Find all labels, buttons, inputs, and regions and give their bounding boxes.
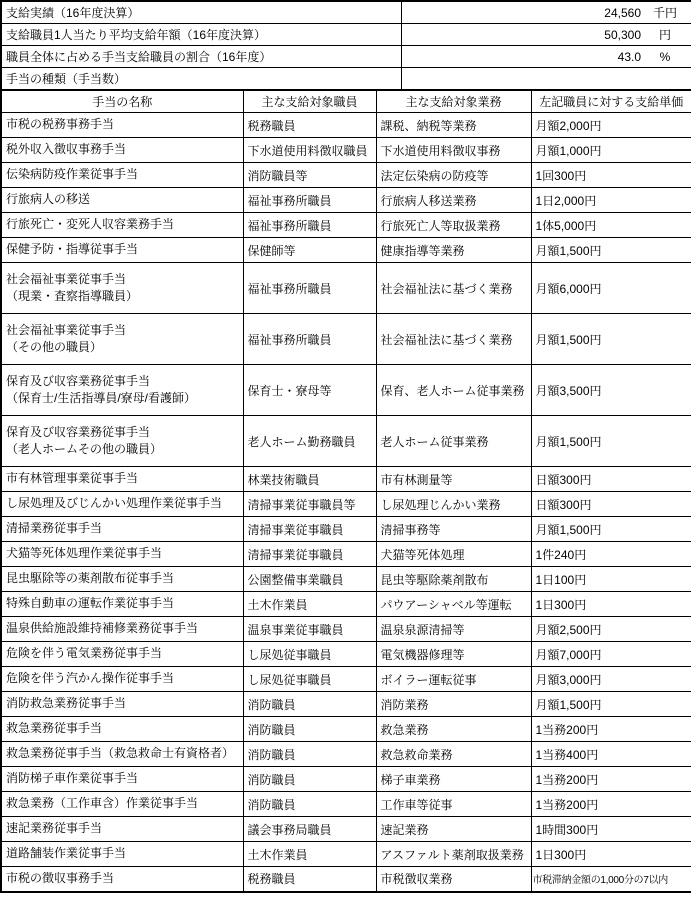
allowance-name-cell: 速記業務従事手当 xyxy=(1,817,243,842)
table-row: 速記業務従事手当議会事務局職員速記業務1時間300円 xyxy=(1,817,691,842)
table-row: 犬猫等死体処理作業従事手当清掃事業従事職員犬猫等死体処理1件240円 xyxy=(1,542,691,567)
target-staff-cell: 土木作業員 xyxy=(243,842,376,867)
table-row: し尿処理及びじんかい処理作業従事手当清掃事業従事職員等し尿処理じんかい業務日額3… xyxy=(1,492,691,517)
allowance-name-cell: 救急業務従事手当 xyxy=(1,717,243,742)
summary-label: 職員全体に占める手当支給職員の割合（16年度） xyxy=(1,46,401,68)
allowance-name-cell: 市税の税務事務手当 xyxy=(1,113,243,138)
summary-table: 支給実績（16年度決算）24,560千円支給職員1人当たり平均支給年額（16年度… xyxy=(0,0,691,91)
column-header: 手当の名称 xyxy=(1,90,243,113)
unit-price-cell: 1当務200円 xyxy=(531,767,691,792)
unit-price-cell: 月額3,000円 xyxy=(531,667,691,692)
target-work-cell: 救急業務 xyxy=(376,717,531,742)
target-staff-cell: 林業技術職員 xyxy=(243,467,376,492)
allowance-name-cell: 社会福祉事業従事手当 （その他の職員） xyxy=(1,314,243,365)
target-staff-cell: 消防職員 xyxy=(243,767,376,792)
allowance-name-cell: 保育及び収容業務従事手当 （老人ホームその他の職員） xyxy=(1,416,243,467)
unit-price-cell: 1日2,000円 xyxy=(531,188,691,213)
target-staff-cell: 保健師等 xyxy=(243,238,376,263)
unit-price-cell: 月額1,500円 xyxy=(531,517,691,542)
target-work-cell: 昆虫等駆除薬剤散布 xyxy=(376,567,531,592)
table-row: 伝染病防疫作業従事手当消防職員等法定伝染病の防疫等1回300円 xyxy=(1,163,691,188)
unit-price-cell: 1回300円 xyxy=(531,163,691,188)
allowance-name-cell: 清掃業務従事手当 xyxy=(1,517,243,542)
unit-price-cell: 月額3,500円 xyxy=(531,365,691,416)
target-staff-cell: 清掃事業従事職員等 xyxy=(243,492,376,517)
allowance-name-cell: 昆虫駆除等の薬剤散布従事手当 xyxy=(1,567,243,592)
target-staff-cell: 消防職員 xyxy=(243,717,376,742)
target-staff-cell: 清掃事業従事職員 xyxy=(243,542,376,567)
target-staff-cell: し尿処従事職員 xyxy=(243,667,376,692)
target-staff-cell: 保育士・寮母等 xyxy=(243,365,376,416)
target-staff-cell: 消防職員 xyxy=(243,742,376,767)
summary-label: 支給職員1人当たり平均支給年額（16年度決算） xyxy=(1,24,401,46)
allowance-name-cell: 特殊自動車の運転作業従事手当 xyxy=(1,592,243,617)
allowance-name-cell: 犬猫等死体処理作業従事手当 xyxy=(1,542,243,567)
target-staff-cell: 消防職員 xyxy=(243,692,376,717)
target-work-cell: 行旅死亡人等取扱業務 xyxy=(376,213,531,238)
target-staff-cell: 税務職員 xyxy=(243,867,376,892)
target-staff-cell: 下水道使用料徴収職員 xyxy=(243,138,376,163)
column-header: 左記職員に対する支給単価 xyxy=(531,90,691,113)
table-row: 社会福祉事業従事手当 （その他の職員）福祉事務所職員社会福祉法に基づく業務月額1… xyxy=(1,314,691,365)
target-staff-cell: 温泉事業従事職員 xyxy=(243,617,376,642)
table-row: 救急業務従事手当（救急救命士有資格者）消防職員救急救命業務1当務400円 xyxy=(1,742,691,767)
allowance-name-cell: 税外収入徴収事務手当 xyxy=(1,138,243,163)
target-staff-cell: 税務職員 xyxy=(243,113,376,138)
table-row: 特殊自動車の運転作業従事手当土木作業員パウアーシャベル等運転1日300円 xyxy=(1,592,691,617)
target-work-cell: 救急救命業務 xyxy=(376,742,531,767)
allowance-name-cell: 保健予防・指導従事手当 xyxy=(1,238,243,263)
table-row: 市税の税務事務手当税務職員課税、納税等業務月額2,000円 xyxy=(1,113,691,138)
target-staff-cell: 公園整備事業職員 xyxy=(243,567,376,592)
summary-label: 手当の種類（手当数） xyxy=(1,68,401,91)
target-staff-cell: 土木作業員 xyxy=(243,592,376,617)
allowance-name-cell: 伝染病防疫作業従事手当 xyxy=(1,163,243,188)
summary-value: 24,560 xyxy=(404,6,642,20)
table-row: 消防梯子車作業従事手当消防職員梯子車業務1当務200円 xyxy=(1,767,691,792)
target-work-cell: 市有林測量等 xyxy=(376,467,531,492)
summary-unit: 千円 xyxy=(641,4,689,21)
unit-price-cell: 月額6,000円 xyxy=(531,263,691,314)
target-staff-cell: 福祉事務所職員 xyxy=(243,188,376,213)
allowance-name-cell: 市税の徴収事務手当 xyxy=(1,867,243,892)
table-row: 清掃業務従事手当清掃事業従事職員清掃事務等月額1,500円 xyxy=(1,517,691,542)
allowance-report-page: 支給実績（16年度決算）24,560千円支給職員1人当たり平均支給年額（16年度… xyxy=(0,0,691,902)
table-row: 保育及び収容業務従事手当 （老人ホームその他の職員）老人ホーム勤務職員老人ホーム… xyxy=(1,416,691,467)
target-staff-cell: 議会事務局職員 xyxy=(243,817,376,842)
summary-row: 手当の種類（手当数） xyxy=(1,68,691,91)
allowance-table: 手当の名称主な支給対象職員主な支給対象業務左記職員に対する支給単価 市税の税務事… xyxy=(0,89,691,893)
target-work-cell: アスファルト薬剤取扱業務 xyxy=(376,842,531,867)
unit-price-cell: 月額1,500円 xyxy=(531,314,691,365)
table-row: 救急業務（工作車含）作業従事手当消防職員工作車等従事1当務200円 xyxy=(1,792,691,817)
target-work-cell: 犬猫等死体処理 xyxy=(376,542,531,567)
allowance-name-cell: 保育及び収容業務従事手当 （保育士/生活指導員/寮母/看護師） xyxy=(1,365,243,416)
unit-price-cell: 月額2,500円 xyxy=(531,617,691,642)
allowance-name-cell: 社会福祉事業従事手当 （現業・査察指導職員） xyxy=(1,263,243,314)
target-work-cell: 電気機器修理等 xyxy=(376,642,531,667)
unit-price-cell: 月額1,500円 xyxy=(531,416,691,467)
target-staff-cell: 福祉事務所職員 xyxy=(243,314,376,365)
table-row: 市税の徴収事務手当税務職員市税徴収業務市税滞納金額の1,000分の7以内 xyxy=(1,867,691,892)
unit-price-cell: 1日100円 xyxy=(531,567,691,592)
table-row: 昆虫駆除等の薬剤散布従事手当公園整備事業職員昆虫等駆除薬剤散布1日100円 xyxy=(1,567,691,592)
table-row: 道路舗装作業従事手当土木作業員アスファルト薬剤取扱業務1日300円 xyxy=(1,842,691,867)
unit-price-cell: 1日300円 xyxy=(531,592,691,617)
table-row: 市有林管理事業従事手当林業技術職員市有林測量等日額300円 xyxy=(1,467,691,492)
target-work-cell: パウアーシャベル等運転 xyxy=(376,592,531,617)
allowance-name-cell: 危険を伴う汽かん操作従事手当 xyxy=(1,667,243,692)
summary-row: 支給実績（16年度決算）24,560千円 xyxy=(1,1,691,24)
target-work-cell: 清掃事務等 xyxy=(376,517,531,542)
table-row: 危険を伴う電気業務従事手当し尿処従事職員電気機器修理等月額7,000円 xyxy=(1,642,691,667)
table-row: 消防救急業務従事手当消防職員消防業務月額1,500円 xyxy=(1,692,691,717)
unit-price-cell: 1日300円 xyxy=(531,842,691,867)
column-header: 主な支給対象職員 xyxy=(243,90,376,113)
summary-unit: % xyxy=(641,50,689,64)
target-staff-cell: 清掃事業従事職員 xyxy=(243,517,376,542)
target-work-cell: 法定伝染病の防疫等 xyxy=(376,163,531,188)
summary-value-cell: 43.0% xyxy=(401,46,691,68)
unit-price-cell: 日額300円 xyxy=(531,467,691,492)
target-work-cell: 梯子車業務 xyxy=(376,767,531,792)
target-work-cell: 健康指導等業務 xyxy=(376,238,531,263)
table-row: 保健予防・指導従事手当保健師等健康指導等業務月額1,500円 xyxy=(1,238,691,263)
summary-value-cell: 50,300円 xyxy=(401,24,691,46)
unit-price-cell: 月額1,000円 xyxy=(531,138,691,163)
target-work-cell: 課税、納税等業務 xyxy=(376,113,531,138)
allowance-name-cell: 消防救急業務従事手当 xyxy=(1,692,243,717)
target-work-cell: 下水道使用料徴収事務 xyxy=(376,138,531,163)
target-work-cell: 社会福祉法に基づく業務 xyxy=(376,314,531,365)
target-work-cell: 社会福祉法に基づく業務 xyxy=(376,263,531,314)
target-staff-cell: し尿処従事職員 xyxy=(243,642,376,667)
column-header: 主な支給対象業務 xyxy=(376,90,531,113)
summary-value-cell: 24,560千円 xyxy=(401,1,691,24)
unit-price-cell: 月額2,000円 xyxy=(531,113,691,138)
target-work-cell: し尿処理じんかい業務 xyxy=(376,492,531,517)
table-row: 温泉供給施設維持補修業務従事手当温泉事業従事職員温泉泉源清掃等月額2,500円 xyxy=(1,617,691,642)
allowance-name-cell: 行旅病人の移送 xyxy=(1,188,243,213)
unit-price-cell: 1当務400円 xyxy=(531,742,691,767)
target-staff-cell: 消防職員等 xyxy=(243,163,376,188)
unit-price-cell: 市税滞納金額の1,000分の7以内 xyxy=(531,867,691,892)
allowance-name-cell: 行旅死亡・変死人収容業務手当 xyxy=(1,213,243,238)
summary-row: 職員全体に占める手当支給職員の割合（16年度）43.0% xyxy=(1,46,691,68)
unit-price-cell: 1当務200円 xyxy=(531,717,691,742)
allowance-name-cell: 道路舗装作業従事手当 xyxy=(1,842,243,867)
allowance-name-cell: 救急業務従事手当（救急救命士有資格者） xyxy=(1,742,243,767)
table-row: 保育及び収容業務従事手当 （保育士/生活指導員/寮母/看護師）保育士・寮母等保育… xyxy=(1,365,691,416)
summary-value-cell xyxy=(401,68,691,91)
unit-price-cell: 1当務200円 xyxy=(531,792,691,817)
target-work-cell: 老人ホーム従事業務 xyxy=(376,416,531,467)
allowance-name-cell: 消防梯子車作業従事手当 xyxy=(1,767,243,792)
unit-price-cell: 月額1,500円 xyxy=(531,238,691,263)
summary-value: 50,300 xyxy=(404,28,642,42)
unit-price-cell: 1時間300円 xyxy=(531,817,691,842)
target-work-cell: 市税徴収業務 xyxy=(376,867,531,892)
header-row: 手当の名称主な支給対象職員主な支給対象業務左記職員に対する支給単価 xyxy=(1,90,691,113)
summary-row: 支給職員1人当たり平均支給年額（16年度決算）50,300円 xyxy=(1,24,691,46)
table-row: 救急業務従事手当消防職員救急業務1当務200円 xyxy=(1,717,691,742)
target-work-cell: 工作車等従事 xyxy=(376,792,531,817)
unit-price-cell: 1体5,000円 xyxy=(531,213,691,238)
unit-price-cell: 月額7,000円 xyxy=(531,642,691,667)
target-staff-cell: 老人ホーム勤務職員 xyxy=(243,416,376,467)
allowance-name-cell: 救急業務（工作車含）作業従事手当 xyxy=(1,792,243,817)
allowance-name-cell: 市有林管理事業従事手当 xyxy=(1,467,243,492)
target-staff-cell: 福祉事務所職員 xyxy=(243,213,376,238)
target-work-cell: 消防業務 xyxy=(376,692,531,717)
unit-price-cell: 1件240円 xyxy=(531,542,691,567)
table-row: 行旅死亡・変死人収容業務手当福祉事務所職員行旅死亡人等取扱業務1体5,000円 xyxy=(1,213,691,238)
summary-label: 支給実績（16年度決算） xyxy=(1,1,401,24)
allowance-name-cell: し尿処理及びじんかい処理作業従事手当 xyxy=(1,492,243,517)
target-work-cell: 温泉泉源清掃等 xyxy=(376,617,531,642)
target-work-cell: 速記業務 xyxy=(376,817,531,842)
target-staff-cell: 消防職員 xyxy=(243,792,376,817)
unit-price-cell: 日額300円 xyxy=(531,492,691,517)
summary-unit: 円 xyxy=(641,26,689,43)
allowance-name-cell: 危険を伴う電気業務従事手当 xyxy=(1,642,243,667)
table-row: 行旅病人の移送福祉事務所職員行旅病人移送業務1日2,000円 xyxy=(1,188,691,213)
summary-value: 43.0 xyxy=(404,50,642,64)
target-staff-cell: 福祉事務所職員 xyxy=(243,263,376,314)
allowance-name-cell: 温泉供給施設維持補修業務従事手当 xyxy=(1,617,243,642)
table-row: 税外収入徴収事務手当下水道使用料徴収職員下水道使用料徴収事務月額1,000円 xyxy=(1,138,691,163)
table-row: 危険を伴う汽かん操作従事手当し尿処従事職員ボイラー運転従事月額3,000円 xyxy=(1,667,691,692)
target-work-cell: 保育、老人ホーム従事業務 xyxy=(376,365,531,416)
unit-price-cell: 月額1,500円 xyxy=(531,692,691,717)
target-work-cell: 行旅病人移送業務 xyxy=(376,188,531,213)
table-row: 社会福祉事業従事手当 （現業・査察指導職員）福祉事務所職員社会福祉法に基づく業務… xyxy=(1,263,691,314)
target-work-cell: ボイラー運転従事 xyxy=(376,667,531,692)
